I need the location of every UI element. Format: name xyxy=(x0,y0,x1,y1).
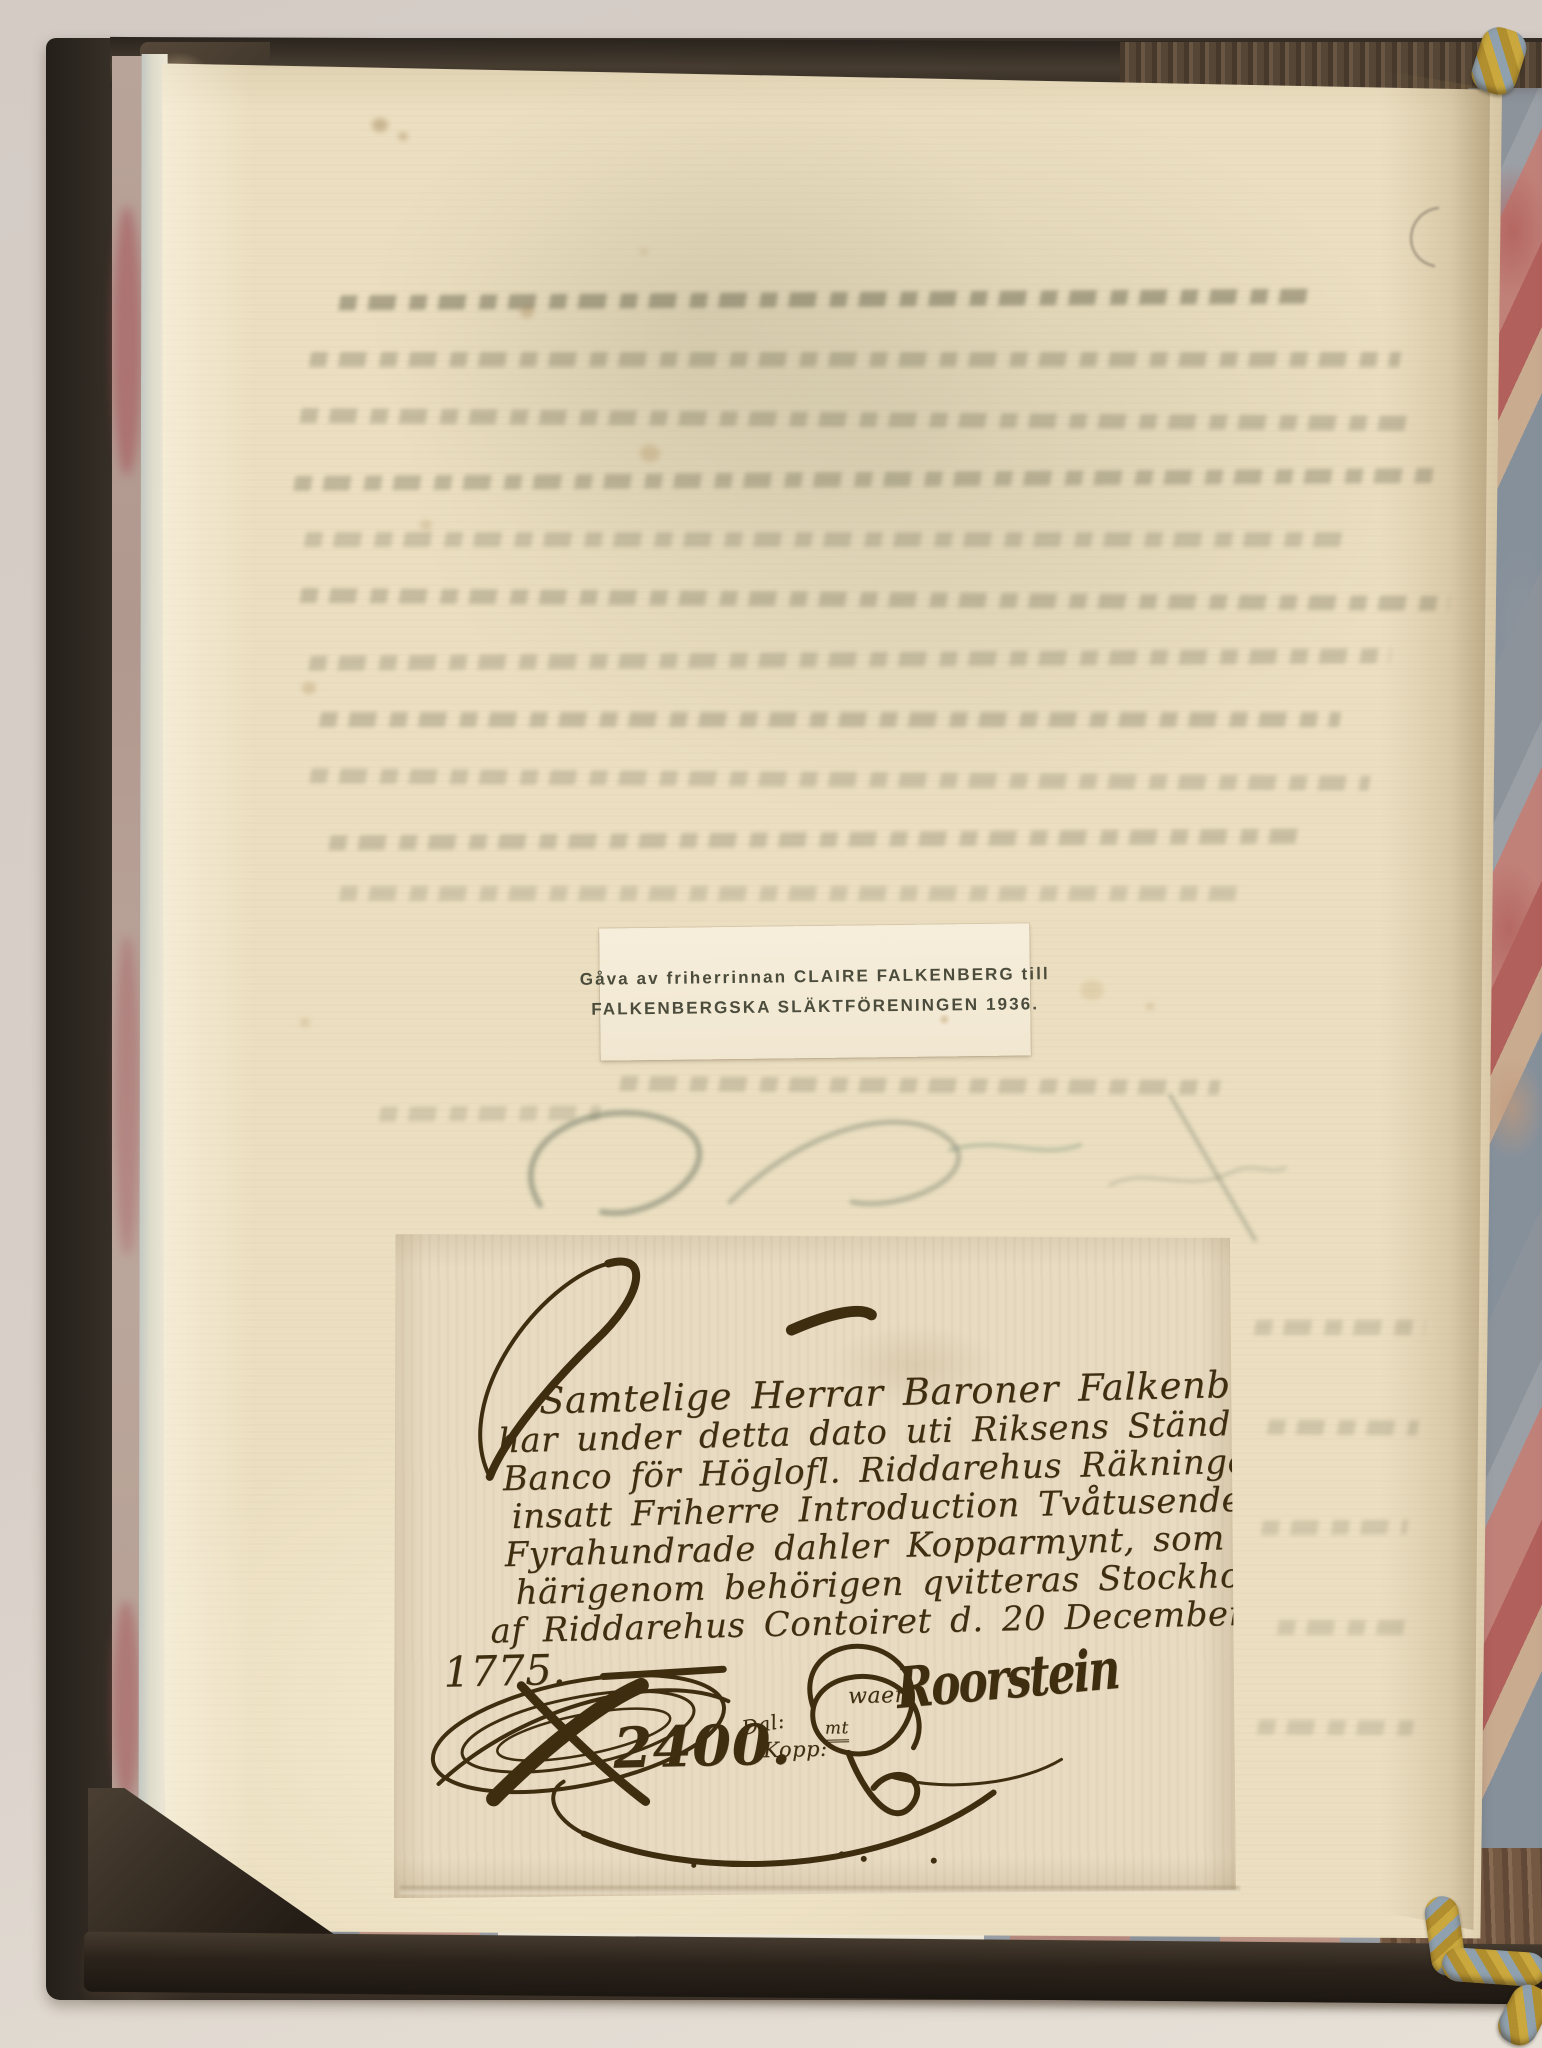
foxing-stain xyxy=(640,445,660,462)
handwritten-receipt: Samtelige Herrar Baroner Falkenberg, har… xyxy=(392,1232,1236,1898)
foxing-stain xyxy=(520,306,534,318)
foxing-stain xyxy=(1146,1003,1154,1010)
foxing-stain xyxy=(640,248,648,255)
receipt-year: 1775. xyxy=(443,1645,567,1697)
foxing-stain xyxy=(302,682,316,694)
foxing-stain xyxy=(398,132,408,141)
foxing-stain xyxy=(372,118,388,132)
foxing-stain xyxy=(300,1018,310,1027)
archival-photo-canvas: { "label": { "line1": "Gåva av friherrin… xyxy=(0,0,1542,2048)
foxing-stain xyxy=(1080,980,1104,1000)
receipt-backing-torn-edge xyxy=(400,1886,1240,1894)
foxing-stain xyxy=(420,520,432,530)
bookplate-line-1: Gåva av friherrinnan CLAIRE FALKENBERG t… xyxy=(580,964,1050,990)
signature: Roorstein xyxy=(895,1637,1121,1722)
receipt-text-block: Samtelige Herrar Baroner Falkenberg, har… xyxy=(385,1223,1242,1907)
bookplate-line-2: FALKENBERGSKA SLÄKTFÖRENINGEN 1936. xyxy=(591,994,1039,1019)
board-bottom-edge xyxy=(84,1932,1542,2005)
bookplate-label: Gåva av friherrinnan CLAIRE FALKENBERG t… xyxy=(599,923,1031,1060)
receipt-unit-mt: mt xyxy=(825,1718,850,1743)
receipt-unit-kopp: Kopp: xyxy=(763,1737,828,1763)
bookmark-cord-bottom-horizontal xyxy=(1441,1946,1542,1987)
